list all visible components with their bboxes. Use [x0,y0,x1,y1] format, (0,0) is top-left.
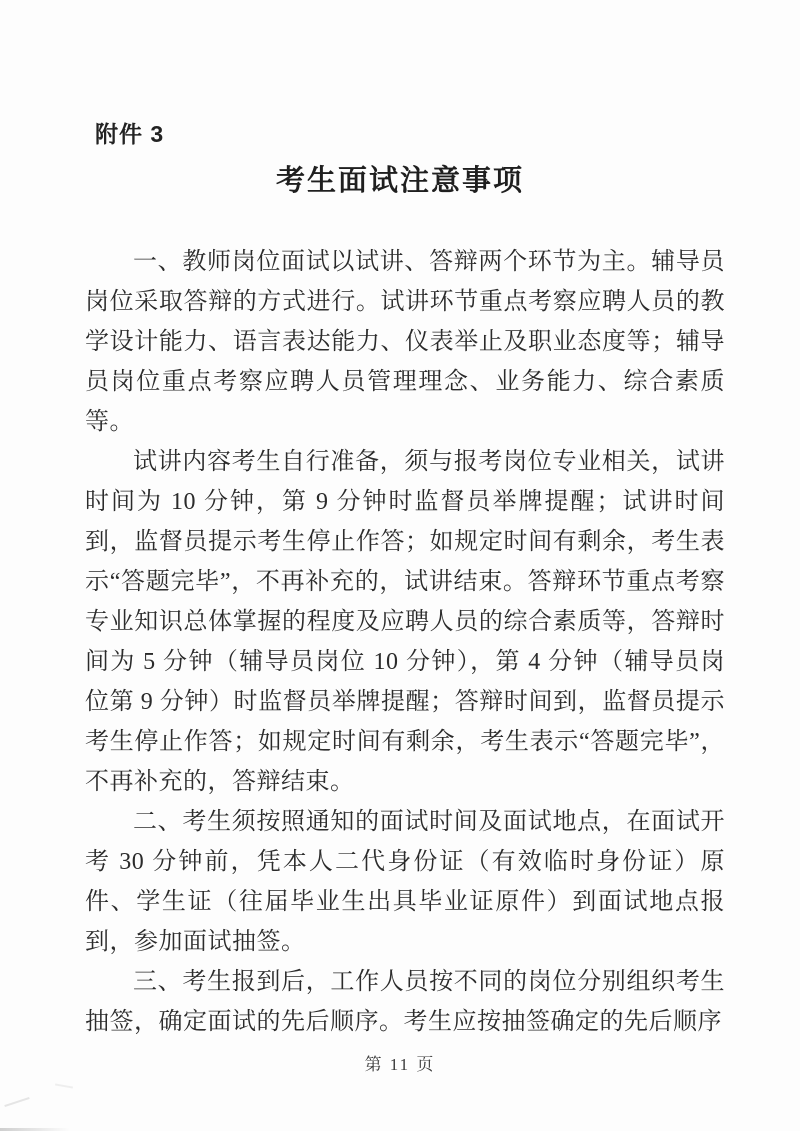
document-title: 考生面试注意事项 [0,158,800,199]
paragraph-4: 三、考生报到后，工作人员按不同的岗位分别组织考生抽签，确定面试的先后顺序。考生应… [85,962,725,1042]
document-page: 附件 3 考生面试注意事项 一、教师岗位面试以试讲、答辩两个环节为主。辅导员岗位… [0,0,800,1131]
scan-artifact [4,1097,29,1107]
page-number: 第 11 页 [0,1050,800,1075]
document-body: 一、教师岗位面试以试讲、答辩两个环节为主。辅导员岗位采取答辩的方式进行。试讲环节… [85,242,725,1042]
paragraph-3: 二、考生须按照通知的面试时间及面试地点，在面试开考 30 分钟前，凭本人二代身份… [85,802,725,962]
paragraph-2: 试讲内容考生自行准备，须与报考岗位专业相关，试讲时间为 10 分钟，第 9 分钟… [85,442,725,802]
scan-artifact [55,1083,73,1088]
paragraph-1: 一、教师岗位面试以试讲、答辩两个环节为主。辅导员岗位采取答辩的方式进行。试讲环节… [85,242,725,442]
attachment-label: 附件 3 [95,116,164,149]
